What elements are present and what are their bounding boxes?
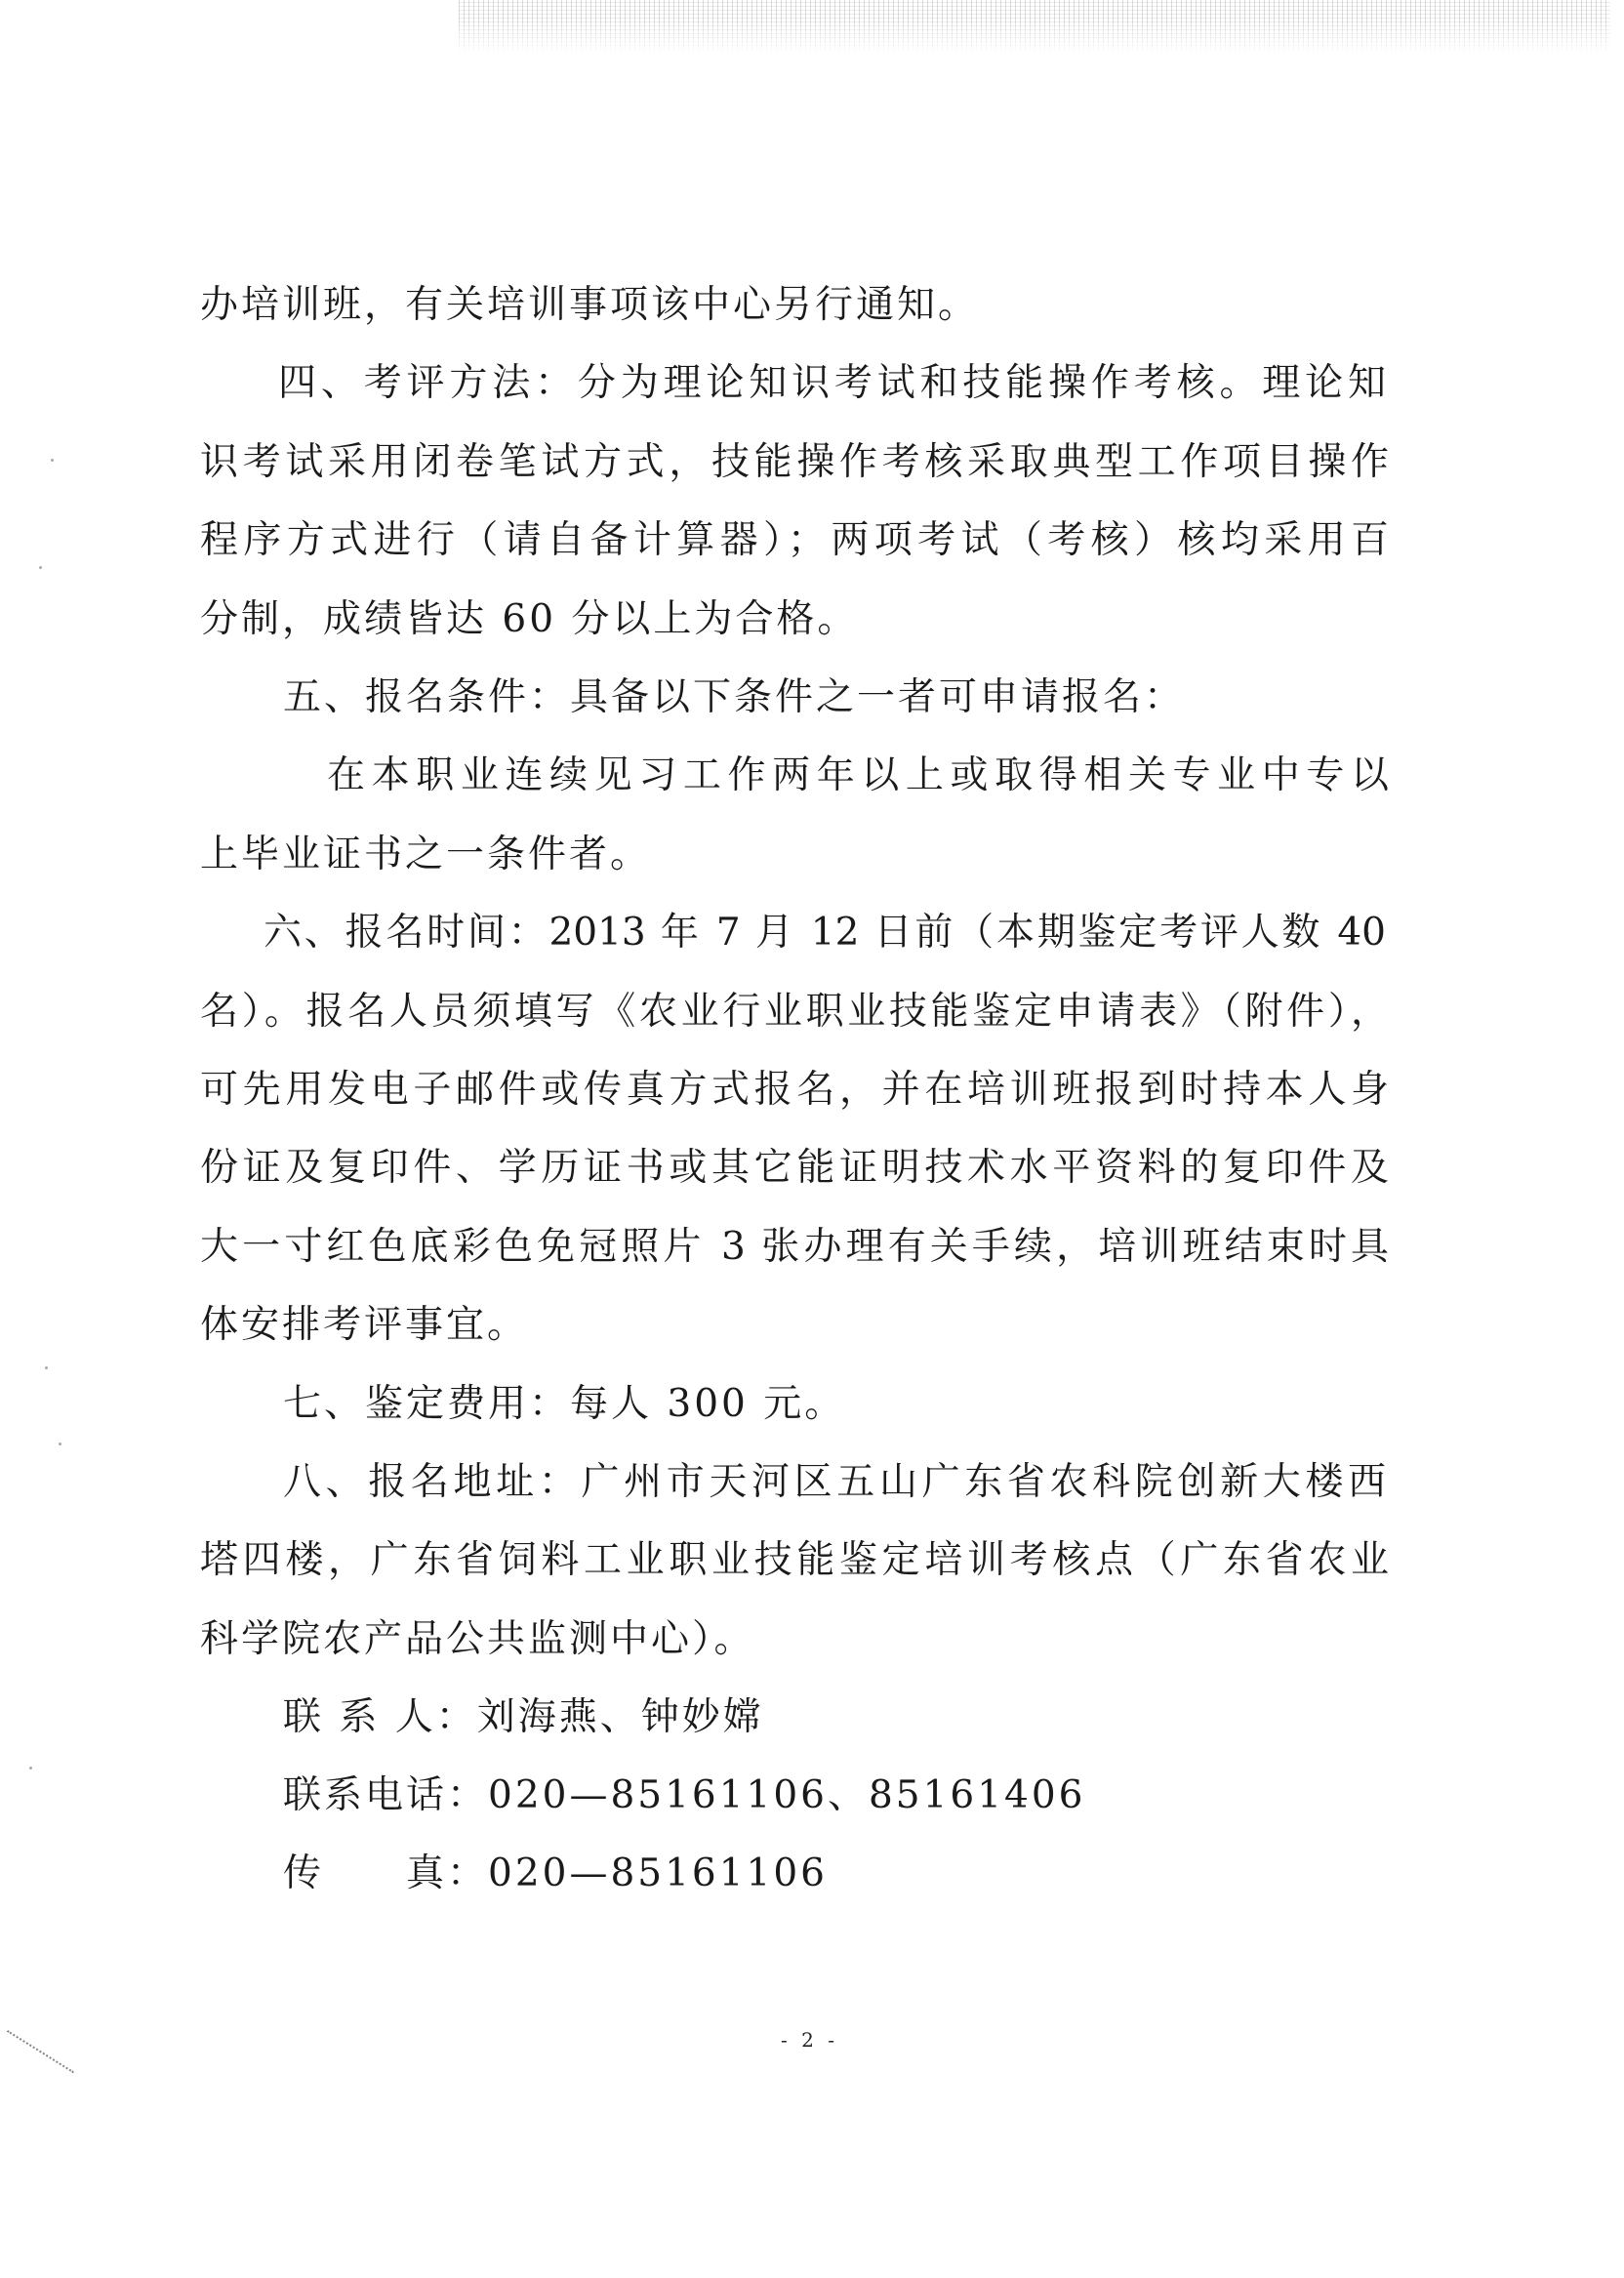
contact-phone-line: 联系电话：020—85161106、85161406 — [283, 1773, 1085, 1818]
paragraph-line: 上毕业证书之一条件者。 — [200, 833, 651, 877]
scan-speck — [45, 1366, 48, 1369]
scan-speck — [51, 459, 54, 462]
scan-speck — [59, 1443, 61, 1445]
contact-person-value: 刘海燕、钟妙嫦 — [477, 1695, 764, 1739]
contact-person-label: 联 系 人： — [283, 1695, 477, 1739]
contact-fax-line: 传 真：020—85161106 — [283, 1851, 828, 1896]
paragraph-line: 塔四楼，广东省饲料工业职业技能鉴定培训考核点（广东省农业 — [200, 1538, 1389, 1583]
contact-phone-value: 020—85161106、85161406 — [488, 1773, 1085, 1817]
section-7-heading-line: 七、鉴定费用：每人 300 元。 — [283, 1382, 845, 1427]
paragraph-line: 在本职业连续见习工作两年以上或取得相关专业中专以 — [327, 753, 1389, 798]
document-page: 办培训班，有关培训事项该中心另行通知。 四、考评方法：分为理论知识考试和技能操作… — [0, 0, 1624, 2278]
scan-speck — [39, 566, 42, 569]
scan-streak — [6, 2030, 74, 2075]
paragraph-line: 办培训班，有关培训事项该中心另行通知。 — [200, 283, 979, 328]
paragraph-line: 体安排考评事宜。 — [200, 1303, 528, 1348]
section-8-heading-line: 八、报名地址：广州市天河区五山广东省农科院创新大楼西 — [283, 1460, 1386, 1505]
section-6-heading-line: 六、报名时间：2013 年 7 月 12 日前（本期鉴定考评人数 40 — [264, 911, 1386, 956]
paragraph-line: 科学院农产品公共监测中心）。 — [200, 1617, 755, 1662]
paragraph-line: 份证及复印件、学历证书或其它能证明技术水平资料的复印件及 — [200, 1146, 1389, 1191]
contact-fax-value: 020—85161106 — [488, 1851, 828, 1895]
section-5-heading-line: 五、报名条件：具备以下条件之一者可申请报名： — [283, 675, 1185, 720]
paragraph-line: 可先用发电子邮件或传真方式报名，并在培训班报到时持本人身 — [200, 1068, 1389, 1113]
contact-person-line: 联 系 人：刘海燕、钟妙嫦 — [283, 1695, 764, 1740]
scan-speck — [29, 1767, 32, 1770]
paragraph-line: 名）。报名人员须填写《农业行业职业技能鉴定申请表》（附件）， — [200, 990, 1389, 1035]
contact-phone-label: 联系电话： — [283, 1773, 488, 1817]
contact-fax-label: 传 真： — [283, 1851, 488, 1895]
page-number: - 2 - — [781, 2028, 838, 2052]
paragraph-line: 大一寸红色底彩色免冠照片 3 张办理有关手续，培训班结束时具 — [200, 1225, 1389, 1270]
paragraph-line: 程序方式进行（请自备计算器）；两项考试（考核）核均采用百 — [200, 518, 1389, 563]
scan-noise-band — [459, 0, 1610, 54]
paragraph-line: 识考试采用闭卷笔试方式，技能操作考核采取典型工作项目操作 — [200, 440, 1389, 485]
paragraph-line: 分制，成绩皆达 60 分以上为合格。 — [200, 597, 858, 642]
section-4-heading-line: 四、考评方法：分为理论知识考试和技能操作考核。理论知 — [278, 361, 1386, 406]
